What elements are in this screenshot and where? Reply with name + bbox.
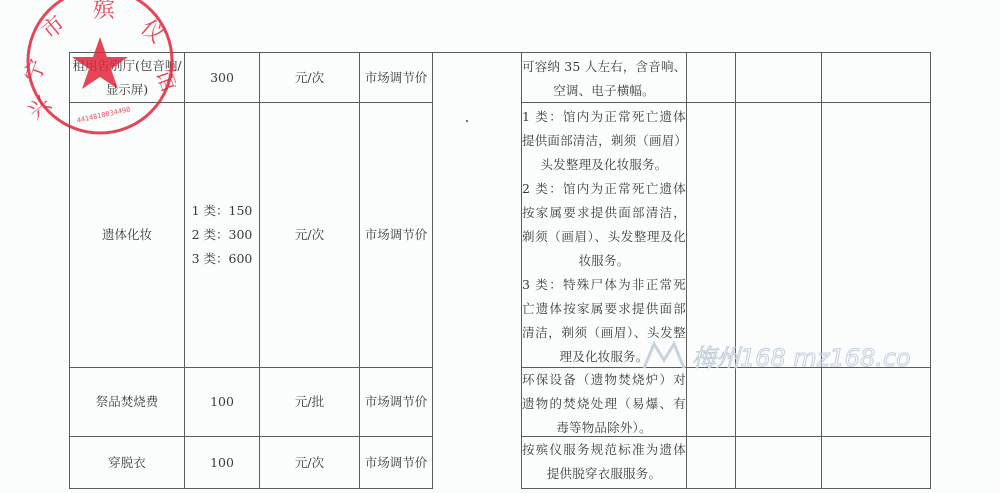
price-tier-line: 2 类：300 — [192, 223, 253, 247]
item-cell: 遗体化妆 — [70, 103, 184, 367]
description-cell: 1 类：馆内为正常死亡遗体 提供面部清洁，剃须（画眉） 头发整理及化妆服务。 2… — [522, 103, 686, 367]
table-rule-bottom — [69, 488, 432, 489]
description-line: 提供面部清洁，剃须（画眉） — [522, 129, 686, 153]
description-line: 按家属要求提供面部清洁， — [522, 201, 686, 225]
table-col-rule-9 — [930, 52, 931, 489]
item-cell: 穿脱衣 — [70, 437, 184, 488]
unit-cell: 元/次 — [260, 103, 359, 367]
description-line: 可容纳 35 人左右，含音响、 — [522, 55, 686, 79]
price-tier-line: 1 类：150 — [192, 199, 253, 223]
table-col-rule-7 — [735, 52, 736, 489]
item-cell: 祭品焚烧费 — [70, 368, 184, 436]
price-cell: 100 — [185, 368, 259, 436]
description-line: 按殡仪服务规范标准为遗体 — [522, 438, 686, 462]
table-col-rule-6 — [686, 52, 687, 489]
scan-speck — [466, 120, 468, 122]
pricing-type-cell: 市场调节价 — [360, 368, 432, 436]
description-line: 环保设备（遗物焚烧炉）对 — [522, 368, 686, 392]
price-table: 租用告别厅(包音响/ 显示屏) 300 元/次 市场调节价 可容纳 35 人左右… — [0, 0, 1000, 493]
pricing-type-cell: 市场调节价 — [360, 53, 432, 102]
description-line: 妆服务。 — [522, 249, 686, 273]
description-line: 2 类：馆内为正常死亡遗体 — [522, 177, 686, 201]
description-line: 头发整理及化妆服务。 — [522, 153, 686, 177]
item-name-line: 显示屏) — [106, 78, 148, 102]
unit-cell: 元/次 — [260, 437, 359, 488]
table-rule-bottom-b — [521, 488, 930, 489]
price-tier-line: 3 类：600 — [192, 247, 253, 271]
table-col-rule-8 — [821, 52, 822, 489]
description-line: 1 类：馆内为正常死亡遗体 — [522, 105, 686, 129]
item-name-line: 租用告别厅(包音响/ — [72, 54, 181, 78]
description-cell: 按殡仪服务规范标准为遗体 提供脱穿衣服服务。 — [522, 436, 686, 488]
pricing-type-cell: 市场调节价 — [360, 437, 432, 488]
description-line: 空调、电子横幅。 — [522, 79, 686, 103]
item-cell: 租用告别厅(包音响/ 显示屏) — [70, 53, 184, 102]
unit-cell: 元/批 — [260, 368, 359, 436]
description-line: 3 类：特殊尸体为非正常死 — [522, 273, 686, 297]
description-line: 提供脱穿衣服服务。 — [522, 462, 686, 486]
description-line: 剃须（画眉）、头发整理及化 — [522, 225, 686, 249]
price-cell: 300 — [185, 53, 259, 102]
unit-cell: 元/次 — [260, 53, 359, 102]
description-line: 遗物的焚烧处理（易爆、有 — [522, 392, 686, 416]
table-col-rule-4 — [432, 52, 433, 489]
description-line: 清洁，剃须（画眉）、头发整 — [522, 321, 686, 345]
description-line: 亡遗体按家属要求提供面部 — [522, 297, 686, 321]
price-cell: 1 类：150 2 类：300 3 类：600 — [185, 103, 259, 367]
pricing-type-cell: 市场调节价 — [360, 103, 432, 367]
description-cell: 可容纳 35 人左右，含音响、 空调、电子横幅。 — [522, 53, 686, 102]
description-cell: 环保设备（遗物焚烧炉）对 遗物的焚烧处理（易爆、有 毒等物品除外）。 — [522, 366, 686, 436]
price-cell: 100 — [185, 437, 259, 488]
